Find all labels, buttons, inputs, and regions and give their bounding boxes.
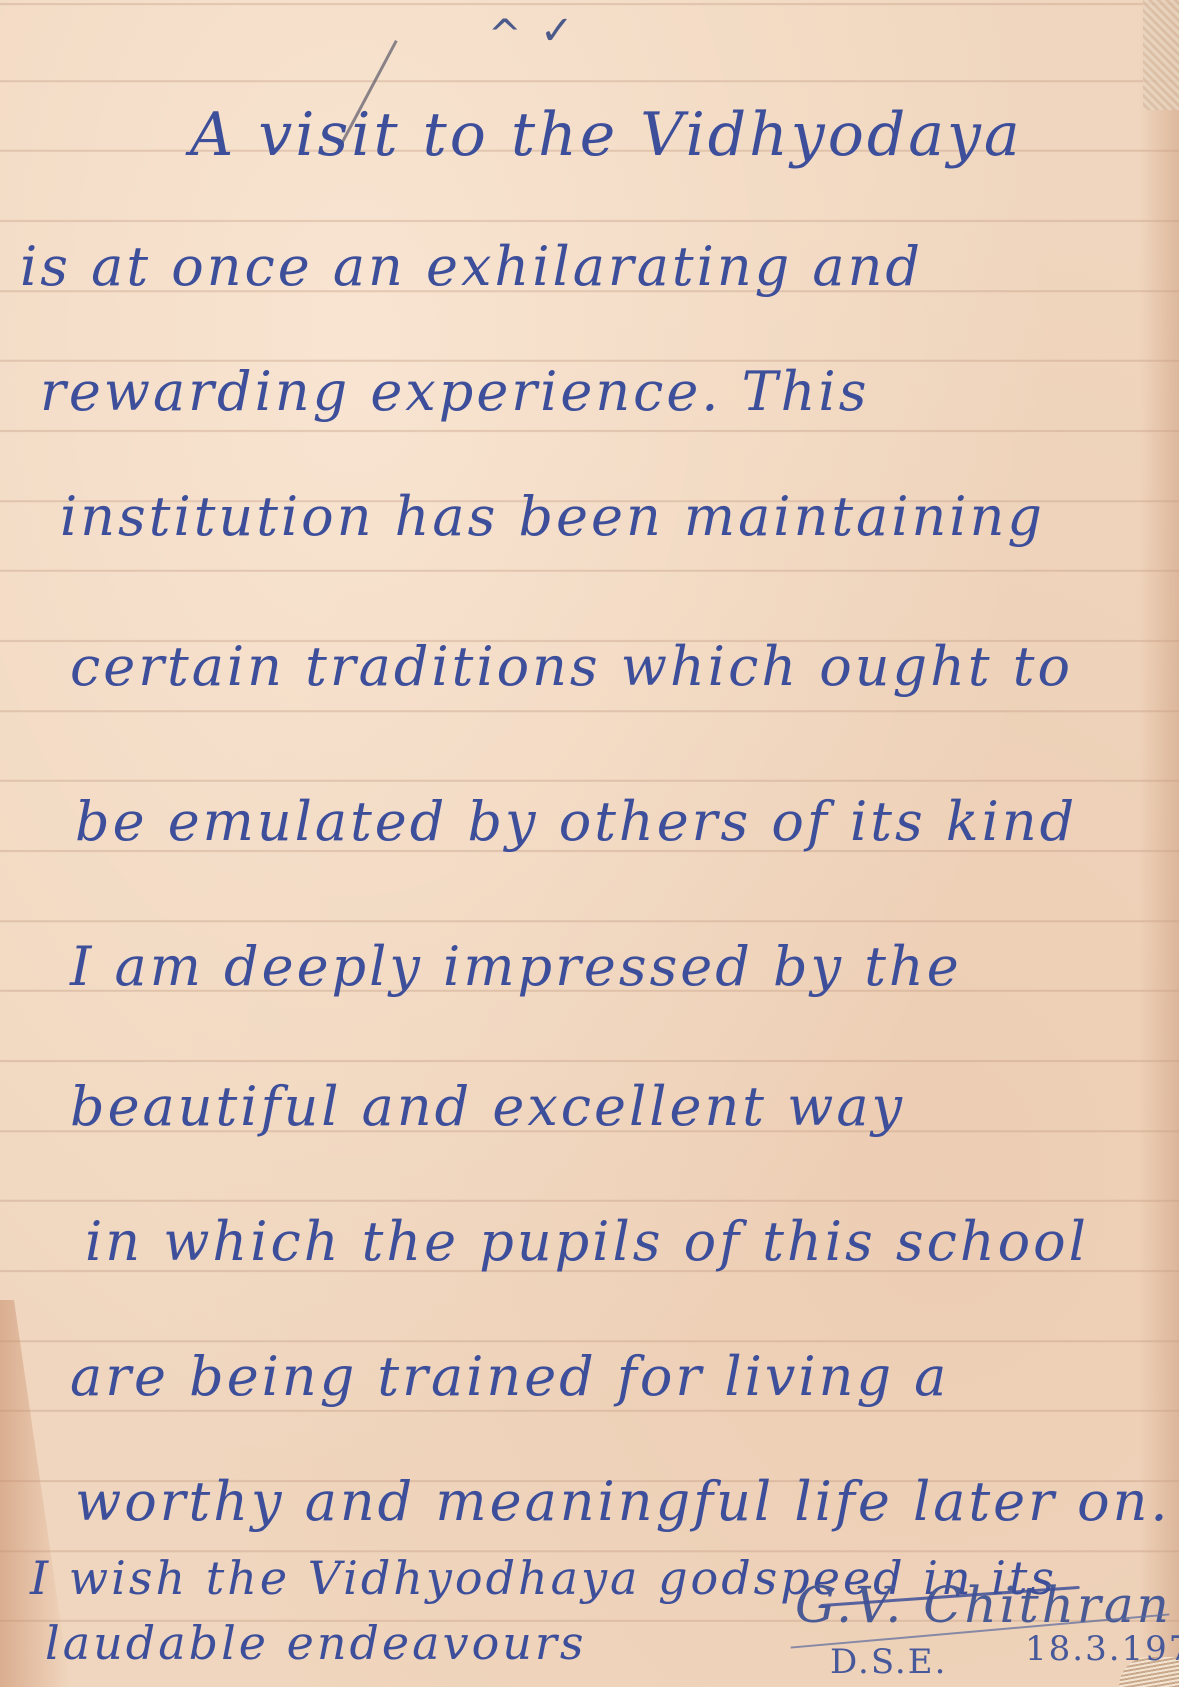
line-5: certain traditions which ought to (70, 640, 1073, 694)
line-7: I am deeply impressed by the (70, 940, 962, 994)
line-3: rewarding experience. This (40, 365, 869, 419)
line-10: are being trained for living a (70, 1350, 949, 1404)
torn-corner (1143, 0, 1179, 110)
caret-mark: ^ (488, 12, 522, 58)
line-1-title: A visit to the Vidhyodaya (190, 105, 1023, 165)
checkmark-icon: ✓ (540, 8, 574, 54)
line-13: laudable endeavours (45, 1620, 586, 1666)
page-edge-shadow (1139, 0, 1179, 1687)
notebook-page: ^ ✓ A visit to the Vidhyodaya is at once… (0, 0, 1179, 1687)
signature-date: 18.3.1972 (1025, 1632, 1179, 1666)
line-11: worthy and meaningful life later on. (75, 1475, 1171, 1529)
line-8: beautiful and excellent way (70, 1080, 905, 1134)
signatory-title: D.S.E. (830, 1645, 947, 1679)
line-2: is at once an exhilarating and (20, 240, 923, 294)
signature: G.V. Chithran (795, 1580, 1172, 1630)
line-6: be emulated by others of its kind (75, 795, 1077, 849)
line-9: in which the pupils of this school (85, 1215, 1089, 1269)
line-4: institution has been maintaining (60, 490, 1045, 544)
